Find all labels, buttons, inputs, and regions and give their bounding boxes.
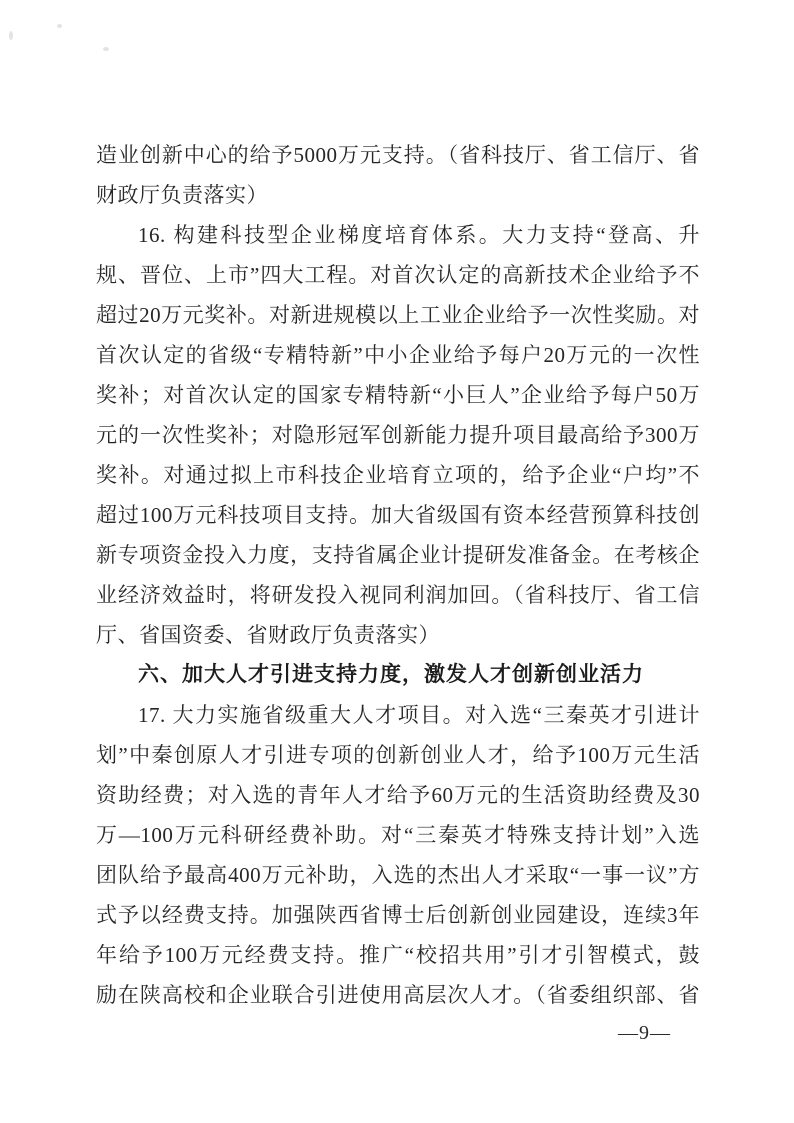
page-number: —9— <box>618 1022 671 1045</box>
text-line: 奖补。对通过拟上市科技企业培育立项的，给予企业“户均”不 <box>96 455 700 495</box>
text-line: 厅、省国资委、省财政厅负责落实） <box>96 615 700 655</box>
text-line: 励在陕高校和企业联合引进使用高层次人才。（省委组织部、省 <box>96 975 700 1015</box>
text-line: 16. 构建科技型企业梯度培育体系。大力支持“登高、升 <box>96 215 700 255</box>
text-line: 超过20万元奖补。对新进规模以上工业企业给予一次性奖励。对 <box>96 295 700 335</box>
text-line: 首次认定的省级“专精特新”中小企业给予每户20万元的一次性 <box>96 335 700 375</box>
text-line: 划”中秦创原人才引进专项的创新创业人才，给予100万元生活 <box>96 735 700 775</box>
text-line: 资助经费；对入选的青年人才给予60万元的生活资助经费及30 <box>96 775 700 815</box>
text-line: 规、晋位、上市”四大工程。对首次认定的高新技术企业给予不 <box>96 255 700 295</box>
scan-artifact-speck <box>9 31 13 40</box>
text-line: 造业创新中心的给予5000万元支持。（省科技厅、省工信厅、省 <box>96 135 700 175</box>
text-line: 年给予100万元经费支持。推广“校招共用”引才引智模式，鼓 <box>96 935 700 975</box>
text-line: 业经济效益时，将研发投入视同利润加回。（省科技厅、省工信 <box>96 575 700 615</box>
text-line: 超过100万元科技项目支持。加大省级国有资本经营预算科技创 <box>96 495 700 535</box>
text-line: 元的一次性奖补；对隐形冠军创新能力提升项目最高给予300万元 <box>96 415 700 455</box>
text-line: 团队给予最高400万元补助，入选的杰出人才采取“一事一议”方 <box>96 855 700 895</box>
text-line: 奖补；对首次认定的国家专精特新“小巨人”企业给予每户50万 <box>96 375 700 415</box>
scan-artifact-speck <box>103 47 109 51</box>
document-body: 造业创新中心的给予5000万元支持。（省科技厅、省工信厅、省财政厅负责落实）16… <box>96 135 700 1015</box>
scan-artifact-speck <box>57 24 62 28</box>
text-line: 财政厅负责落实） <box>96 175 700 215</box>
text-line: 万—100万元科研经费补助。对“三秦英才特殊支持计划”入选 <box>96 815 700 855</box>
text-line: 新专项资金投入力度，支持省属企业计提研发准备金。在考核企 <box>96 535 700 575</box>
section-heading: 六、加大人才引进支持力度，激发人才创新创业活力 <box>96 655 700 695</box>
document-page: 造业创新中心的给予5000万元支持。（省科技厅、省工信厅、省财政厅负责落实）16… <box>0 0 794 1123</box>
text-line: 17. 大力实施省级重大人才项目。对入选“三秦英才引进计 <box>96 695 700 735</box>
text-line: 式予以经费支持。加强陕西省博士后创新创业园建设，连续3年每 <box>96 895 700 935</box>
